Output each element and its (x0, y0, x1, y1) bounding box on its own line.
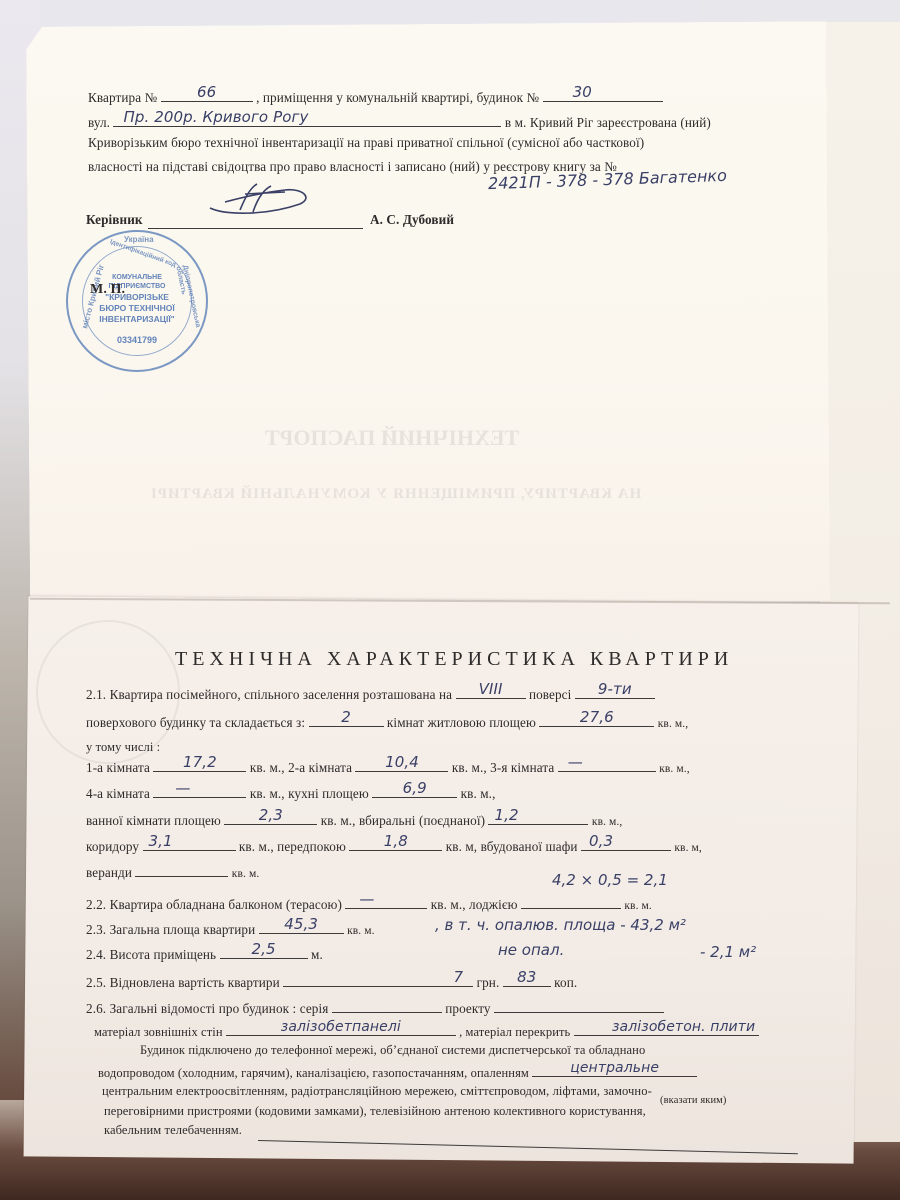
row-room4-kitchen: 4-а кімната — кв. м., кухні площею 6,9 к… (86, 782, 495, 802)
row-veranda: веранди кв. м. (86, 861, 259, 881)
utilities-text-2: водопроводом (холодним, гарячим), каналі… (98, 1066, 529, 1080)
hall-field: 1,8 (349, 835, 442, 851)
wc-label: кв. м., вбиральні (поєднаної) (321, 813, 485, 828)
row-2-5: 2.5. Відновлена вартість квартири 7 грн.… (86, 971, 577, 991)
row-2-3: 2.3. Загальна площа квартири 45,3 кв. м. (86, 918, 375, 938)
row-2-1: 2.1. Квартира посімейного, спільного зас… (86, 683, 655, 703)
storeys-field: 9-ти (575, 683, 655, 699)
room1-field: 17,2 (153, 756, 246, 772)
head-label: Керівник (86, 212, 143, 228)
stamp-top-text: Україна (124, 235, 154, 244)
floor-field: VIII (456, 683, 526, 699)
loggia-label: кв. м., лоджією (431, 897, 518, 912)
cost-kop-field: 83 (503, 971, 551, 987)
living-area-field: 27,6 (539, 711, 654, 727)
loggia-field (521, 893, 621, 909)
utilities-line-4: переговірними пристроями (кодовими замка… (104, 1104, 646, 1119)
row-corridor: коридору 3,1 кв. м., передпокою 1,8 кв. … (86, 835, 702, 855)
wc-field: 1,2 (488, 809, 588, 825)
series-field (332, 997, 442, 1013)
s2-3-label: 2.3. Загальна площа квартири (86, 922, 255, 937)
official-stamp: Україна місто Кривий Ріг Дніпропетровськ… (66, 230, 208, 372)
room2-label: кв. м., 2-а кімната (250, 760, 352, 775)
row-2-4: 2.4. Висота приміщень 2,5 м. (86, 943, 323, 963)
walls-label: матеріал зовнішніх стін (94, 1025, 223, 1039)
building-number-field: 30 (543, 86, 663, 102)
section-title: ТЕХНІЧНА ХАРАКТЕРИСТИКА КВАРТИРИ (175, 648, 733, 671)
row-2-2: 2.2. Квартира обладнана балконом (терасо… (86, 893, 652, 913)
uah-label: грн. (477, 975, 500, 990)
apartment-number-field: 66 (161, 86, 253, 102)
storeys-text: поверхового будинку та складається з: (86, 715, 305, 730)
veranda-field (135, 861, 228, 877)
bath-label: ванної кімнати площею (86, 813, 221, 828)
stamp-code: 03341799 (68, 336, 206, 346)
height-field: 2,5 (220, 943, 308, 959)
s2-4-label: 2.4. Висота приміщень (86, 947, 216, 962)
unit: кв. м., (461, 786, 496, 801)
kitchen-field: 6,9 (372, 782, 457, 798)
street-field: Пр. 200р. Кривого Рогу (113, 111, 501, 127)
unit: кв. м., (659, 763, 690, 775)
head-name: А. С. Дубовий (370, 212, 454, 228)
s2-5-label: 2.5. Відновлена вартість квартири (86, 975, 280, 990)
city-text: в м. Кривий Ріг зареєстрована (ний) (505, 115, 711, 130)
registration-line-1: Криворізьким бюро технічної інвентаризац… (88, 135, 644, 151)
bleed-through-title: ТЕХНІЧНИЙ ПАСПОРТ (265, 425, 519, 451)
walls-field: залізобетпанелі (226, 1020, 456, 1036)
hall-label: кв. м., передпокою (239, 839, 346, 854)
floors-label: , матеріал перекрить (459, 1025, 570, 1039)
street-line: вул. Пр. 200р. Кривого Рогу в м. Кривий … (88, 111, 711, 131)
heating-hint: (вказати яким) (660, 1095, 727, 1106)
unit: кв. м. (232, 868, 260, 880)
utilities-line-1: Будинок підключено до телефонної мережі,… (140, 1043, 645, 1058)
s2-2-label: 2.2. Квартира обладнана балконом (терасо… (86, 897, 342, 912)
head-signature-line (148, 228, 363, 229)
floors-field: залізобетон. плити (574, 1020, 759, 1036)
row-bath-wc: ванної кімнати площею 2,3 кв. м., вбирал… (86, 809, 622, 829)
bath-field: 2,3 (224, 809, 317, 825)
height-unit: м. (311, 947, 323, 962)
s2-1-label: 2.1. Квартира посімейного, спільного зас… (86, 687, 452, 702)
unheated-note: не опал. (498, 941, 564, 959)
utilities-line-3: центральним електроосвітленням, радіотра… (102, 1084, 652, 1099)
row-rooms-1-3: 1-а кімната 17,2 кв. м., 2-а кімната 10,… (86, 756, 690, 776)
stamp-line-5: ІНВЕНТАРИЗАЦІЇ" (68, 315, 206, 324)
room4-field: — (153, 782, 246, 798)
closet-label: кв. м, вбудованої шафи (446, 839, 578, 854)
row-materials: матеріал зовнішніх стін залізобетпанелі … (94, 1020, 759, 1040)
kitchen-label: кв. м., кухні площею (250, 786, 369, 801)
unheated-value: - 2,1 м² (700, 943, 756, 961)
room2-field: 10,4 (355, 756, 448, 772)
including-label: у тому числі : (86, 740, 160, 755)
apartment-label: Квартира № (88, 90, 157, 105)
unit: кв. м. (624, 900, 652, 912)
stamp-line-3: "КРИВОРІЗЬКЕ (68, 293, 206, 302)
project-field (494, 997, 664, 1013)
rooms-label: кімнат житловою площею (387, 715, 536, 730)
street-label: вул. (88, 115, 110, 130)
s2-6-label: 2.6. Загальні відомості про будинок : се… (86, 1001, 328, 1016)
premises-text: , приміщення у комунальній квартирі, буд… (256, 90, 539, 105)
heated-area-note: , в т. ч. опалюв. площа - 43,2 м² (435, 916, 686, 934)
unit: кв. м. (347, 925, 375, 937)
utilities-line-2: водопроводом (холодним, гарячим), каналі… (98, 1061, 697, 1081)
row-2-1-line2: поверхового будинку та складається з: 2 … (86, 711, 688, 731)
bleed-through-subtitle: НА КВАРТИРУ, ПРИМІЩЕННЯ У КОМУНАЛЬНІЙ КВ… (150, 486, 641, 503)
project-label: проекту (445, 1001, 490, 1016)
seal-label: М. П. (90, 282, 125, 298)
row-2-6: 2.6. Загальні відомості про будинок : се… (86, 997, 664, 1017)
room4-label: 4-а кімната (86, 786, 150, 801)
balcony-field: — (345, 893, 427, 909)
total-area-field: 45,3 (259, 918, 344, 934)
signature-scribble (205, 180, 325, 220)
unit: кв. м, (674, 842, 702, 854)
corridor-label: коридору (86, 839, 139, 854)
closet-field: 0,3 (581, 835, 671, 851)
apartment-line: Квартира № 66 , приміщення у комунальній… (88, 86, 663, 106)
stamp-line-2: ПІДПРИЄМСТВО (68, 283, 206, 291)
stamp-line-1: КОМУНАЛЬНЕ (68, 274, 206, 282)
unit: кв. м., (592, 816, 623, 828)
loggia-calculation: 4,2 × 0,5 = 2,1 (552, 871, 668, 889)
stamp-line-4: БЮРО ТЕХНІЧНОЇ (68, 304, 206, 313)
rooms-field: 2 (309, 711, 384, 727)
unit: кв. м., (658, 718, 689, 730)
room3-label: кв. м., 3-я кімната (452, 760, 554, 775)
cost-uah-field: 7 (283, 971, 473, 987)
floor-label: поверсі (529, 687, 571, 702)
corridor-field: 3,1 (143, 835, 236, 851)
room3-field: — (558, 756, 656, 772)
room1-label: 1-а кімната (86, 760, 150, 775)
kop-label: коп. (554, 975, 577, 990)
veranda-label: веранди (86, 865, 132, 880)
utilities-line-5: кабельним телебаченням. (104, 1123, 242, 1138)
heating-field: центральне (532, 1061, 697, 1077)
